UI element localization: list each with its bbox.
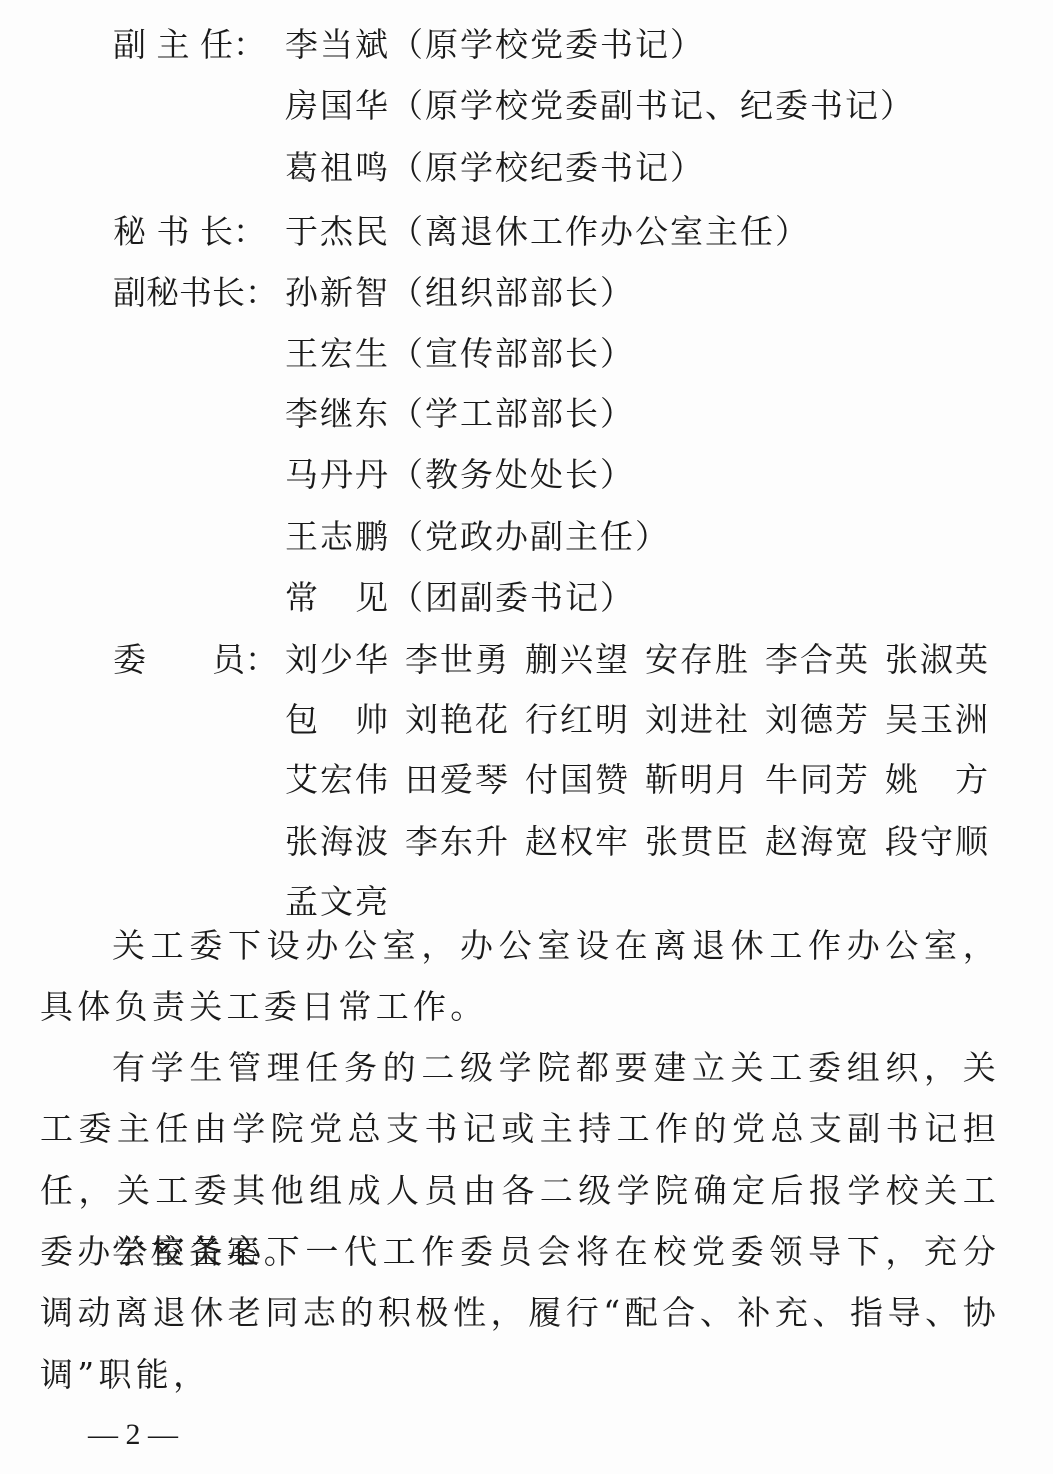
member-name: 刘德芳 [765, 695, 885, 745]
deputy-secretary-row: 常 见（团副委书记） [0, 573, 1053, 623]
members-list: 包 帅 刘艳花 行红明 刘进社 刘德芳 吴玉洲 [285, 695, 1005, 745]
member-name: 姚 方 [885, 755, 1005, 805]
member-name: 包 帅 [285, 695, 405, 745]
members-row: 委 员： 刘少华 李世勇 蒯兴望 安存胜 李合英 张淑英 [0, 635, 1053, 685]
vice-director-row: 葛祖鸣（原学校纪委书记） [0, 143, 1053, 193]
duty-paragraph: 学校关心下一代工作委员会将在校党委领导下，充分调动离退休老同志的积极性，履行“配… [40, 1221, 1000, 1405]
deputy-secretary-entry: 李继东（学工部部长） [285, 389, 635, 439]
deputy-secretary-entry: 马丹丹（教务处处长） [285, 450, 635, 500]
vice-director-row: 副 主 任： 李当斌（原学校党委书记） [0, 20, 1053, 70]
members-list: 刘少华 李世勇 蒯兴望 安存胜 李合英 张淑英 [285, 635, 1005, 685]
members-row: 艾宏伟 田爱琴 付国赞 靳明月 牛同芳 姚 方 [0, 755, 1053, 805]
deputy-secretary-label: 副秘书长： [113, 268, 283, 318]
vice-director-row: 房国华（原学校党委副书记、纪委书记） [0, 81, 1053, 131]
deputy-secretary-row: 副秘书长： 孙新智（组织部部长） [0, 268, 1053, 318]
members-row: 包 帅 刘艳花 行红明 刘进社 刘德芳 吴玉洲 [0, 695, 1053, 745]
deputy-secretary-entry: 王志鹏（党政办副主任） [285, 512, 670, 562]
member-name: 行红明 [525, 695, 645, 745]
deputy-secretary-entry: 王宏生（宣传部部长） [285, 329, 635, 379]
member-name: 吴玉洲 [885, 695, 1005, 745]
member-name: 刘艳花 [405, 695, 525, 745]
deputy-secretary-row: 王志鹏（党政办副主任） [0, 512, 1053, 562]
member-name: 付国赞 [525, 755, 645, 805]
member-name: 赵海宽 [765, 817, 885, 867]
member-name: 李东升 [405, 817, 525, 867]
member-name: 张淑英 [885, 635, 1005, 685]
member-name: 李合英 [765, 635, 885, 685]
members-list: 艾宏伟 田爱琴 付国赞 靳明月 牛同芳 姚 方 [285, 755, 1005, 805]
members-list: 张海波 李东升 赵权牢 张贯臣 赵海宽 段守顺 [285, 817, 1005, 867]
member-name: 张贯臣 [645, 817, 765, 867]
member-name: 牛同芳 [765, 755, 885, 805]
deputy-secretary-row: 王宏生（宣传部部长） [0, 329, 1053, 379]
member-name: 蒯兴望 [525, 635, 645, 685]
deputy-secretary-entry: 孙新智（组织部部长） [285, 268, 635, 318]
member-name: 艾宏伟 [285, 755, 405, 805]
page-number: — 2 — [88, 1418, 178, 1452]
deputy-secretary-row: 马丹丹（教务处处长） [0, 450, 1053, 500]
member-name: 段守顺 [885, 817, 1005, 867]
document-page: 副 主 任： 李当斌（原学校党委书记） 房国华（原学校党委副书记、纪委书记） 葛… [0, 0, 1053, 1474]
member-name: 靳明月 [645, 755, 765, 805]
member-name: 刘进社 [645, 695, 765, 745]
secretary-general-entry: 于杰民（离退休工作办公室主任） [285, 207, 810, 257]
member-name: 刘少华 [285, 635, 405, 685]
office-paragraph: 关工委下设办公室，办公室设在离退休工作办公室，具体负责关工委日常工作。 [40, 915, 1000, 1038]
members-row: 张海波 李东升 赵权牢 张贯臣 赵海宽 段守顺 [0, 817, 1053, 867]
deputy-secretary-row: 李继东（学工部部长） [0, 389, 1053, 439]
member-name: 李世勇 [405, 635, 525, 685]
vice-director-entry: 葛祖鸣（原学校纪委书记） [285, 143, 705, 193]
vice-director-label: 副 主 任： [113, 20, 283, 70]
members-label: 委 员： [113, 635, 283, 685]
secretary-general-row: 秘 书 长： 于杰民（离退休工作办公室主任） [0, 207, 1053, 257]
deputy-secretary-entry: 常 见（团副委书记） [285, 573, 635, 623]
member-name: 赵权牢 [525, 817, 645, 867]
vice-director-entry: 房国华（原学校党委副书记、纪委书记） [285, 81, 915, 131]
vice-director-entry: 李当斌（原学校党委书记） [285, 20, 705, 70]
member-name: 安存胜 [645, 635, 765, 685]
member-name: 田爱琴 [405, 755, 525, 805]
secretary-general-label: 秘 书 长： [113, 207, 283, 257]
member-name: 张海波 [285, 817, 405, 867]
